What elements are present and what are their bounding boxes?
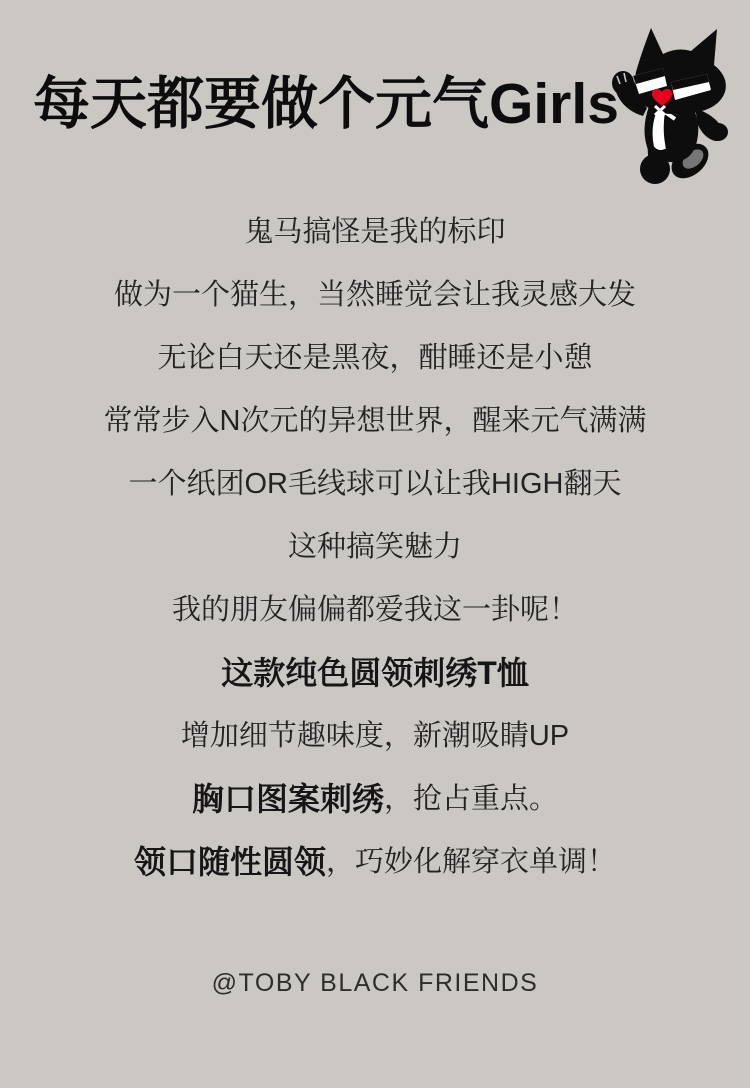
body-line: 领口随性圆领，巧妙化解穿衣单调！ bbox=[0, 828, 750, 891]
body-line-text: 这种搞笑魅力 bbox=[288, 524, 462, 565]
body-line-text: 我的朋友偏偏都爱我这一卦呢！ bbox=[172, 587, 578, 628]
body-text: 鬼马搞怪是我的标印做为一个猫生，当然睡觉会让我灵感大发无论白天还是黑夜，酣睡还是… bbox=[0, 198, 750, 891]
black-cat-mascot-icon bbox=[605, 20, 745, 190]
body-line: 鬼马搞怪是我的标印 bbox=[0, 198, 750, 261]
body-line: 胸口图案刺绣，抢占重点。 bbox=[0, 765, 750, 828]
page-title: 每天都要做个元气Girls bbox=[33, 68, 619, 140]
body-line-text: 鬼马搞怪是我的标印 bbox=[244, 209, 505, 250]
body-line-text: 增加细节趣味度，新潮吸睛UP bbox=[181, 713, 569, 754]
body-line: 一个纸团OR毛线球可以让我HIGH翻天 bbox=[0, 450, 750, 513]
body-line-emphasis: 领口随性圆领 bbox=[134, 837, 326, 883]
product-description-page: 每天都要做个元气Girls 鬼马搞怪是我的标印做为一个猫生，当然睡觉会让我灵感大… bbox=[0, 0, 750, 1088]
body-line-text: ，巧妙化解穿衣单调！ bbox=[326, 839, 616, 880]
body-line-emphasis: 胸口图案刺绣 bbox=[192, 774, 384, 820]
body-line: 这种搞笑魅力 bbox=[0, 513, 750, 576]
body-line-emphasis: 这款纯色圆领刺绣T恤 bbox=[221, 648, 529, 694]
body-line: 无论白天还是黑夜，酣睡还是小憩 bbox=[0, 324, 750, 387]
body-line: 这款纯色圆领刺绣T恤 bbox=[0, 639, 750, 702]
body-line-text: 一个纸团OR毛线球可以让我HIGH翻天 bbox=[128, 461, 621, 502]
body-line-text: 常常步入N次元的异想世界，醒来元气满满 bbox=[104, 398, 647, 439]
body-line-text: ，抢占重点。 bbox=[384, 776, 558, 817]
brand-handle: @TOBY BLACK FRIENDS bbox=[0, 968, 750, 998]
body-line: 常常步入N次元的异想世界，醒来元气满满 bbox=[0, 387, 750, 450]
body-line: 增加细节趣味度，新潮吸睛UP bbox=[0, 702, 750, 765]
body-line-text: 做为一个猫生，当然睡觉会让我灵感大发 bbox=[114, 272, 636, 313]
body-line: 我的朋友偏偏都爱我这一卦呢！ bbox=[0, 576, 750, 639]
body-line-text: 无论白天还是黑夜，酣睡还是小憩 bbox=[157, 335, 592, 376]
body-line: 做为一个猫生，当然睡觉会让我灵感大发 bbox=[0, 261, 750, 324]
